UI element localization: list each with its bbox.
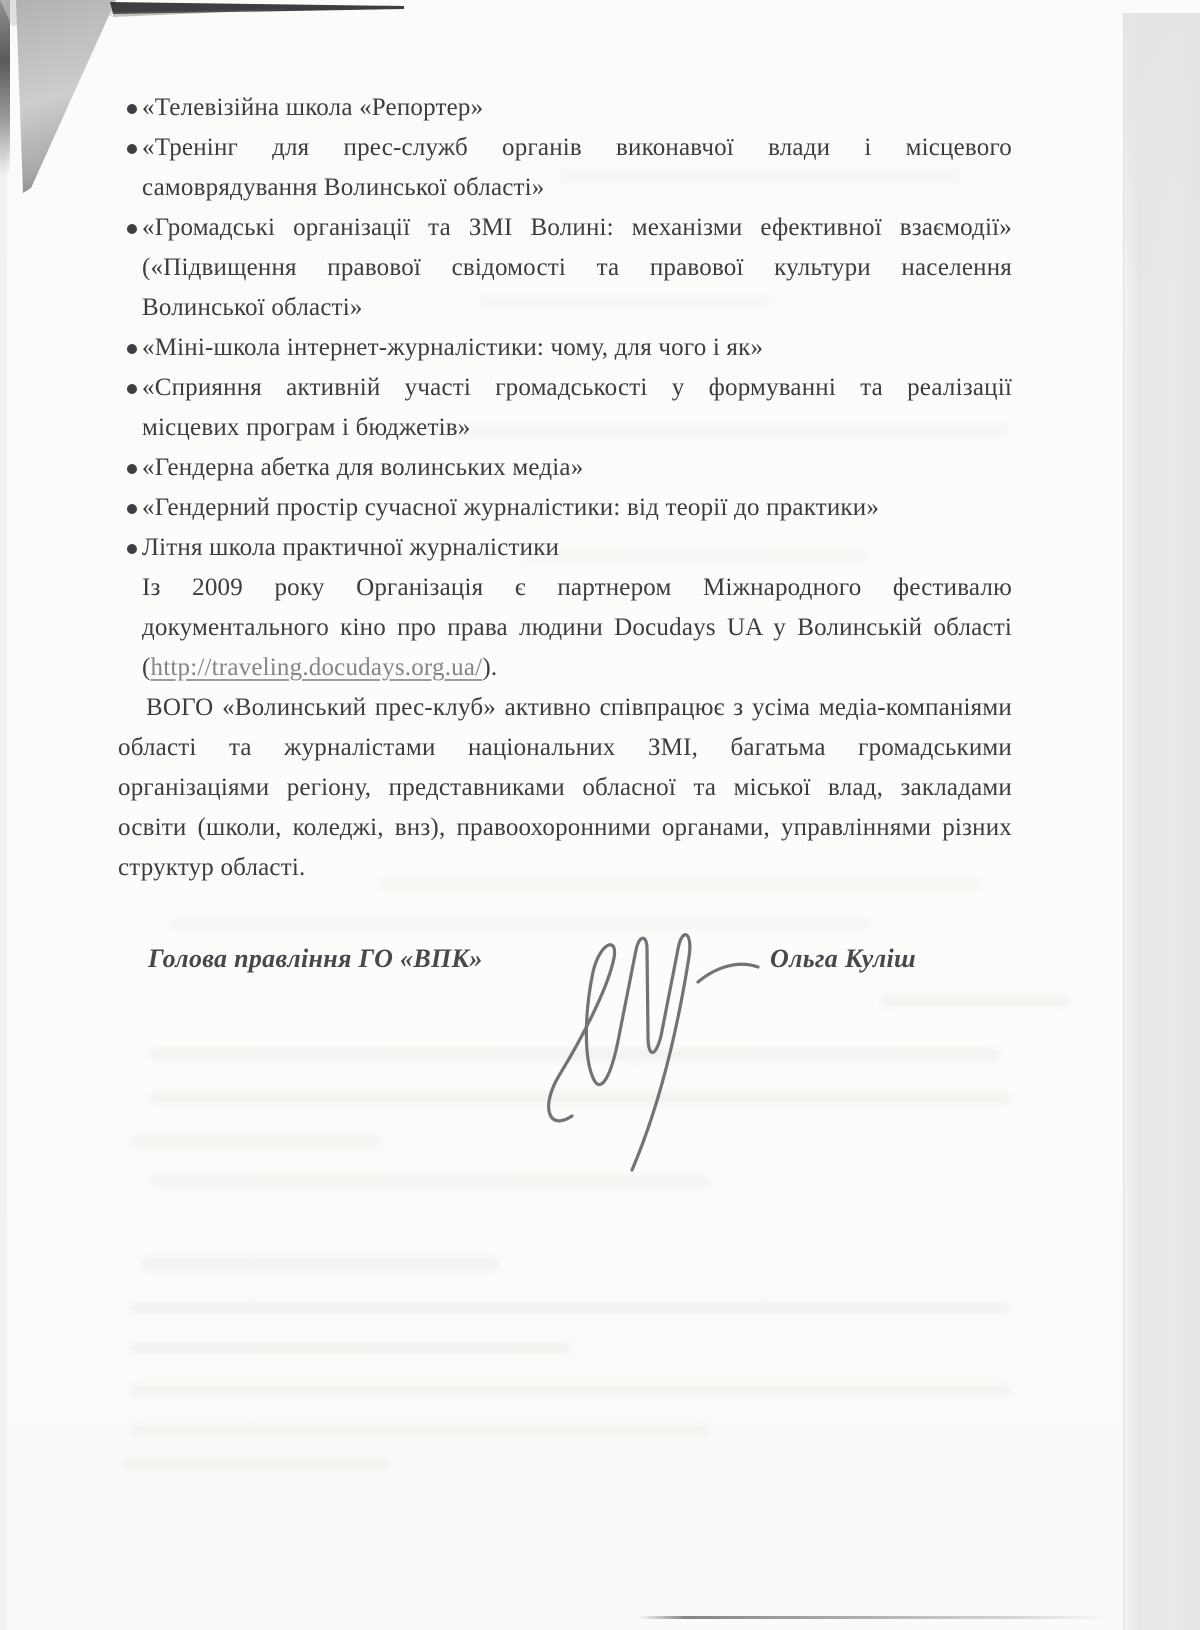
list-item: «Сприяння активній участі громадськості … [118, 368, 1012, 408]
bullet-icon [127, 344, 137, 354]
paragraph-line: Із 2009 року Організація є партнером Між… [118, 568, 1012, 608]
bullet-icon [127, 144, 137, 154]
scan-smudge-line [638, 1616, 1110, 1619]
paragraph-text: освіти (школи, коледжі, внз), правоохоро… [118, 808, 1012, 848]
link-line: (http://traveling.docudays.org.ua/). [118, 648, 1012, 688]
bullet-icon [127, 384, 137, 394]
handwritten-signature [520, 918, 780, 1180]
list-item: Літня школа практичної журналістики [118, 528, 1012, 568]
list-item: «Гендерний простір сучасної журналістики… [118, 488, 1012, 528]
bleedthrough-line [140, 1258, 500, 1270]
paragraph-text: документального кіно про права людини Do… [142, 608, 1012, 648]
bleedthrough-line [130, 1302, 1010, 1314]
bleedthrough-line [130, 1385, 1010, 1397]
document-url: http://traveling.docudays.org.ua/ [151, 654, 483, 681]
list-item-text: «Сприяння активній участі громадськості … [142, 368, 1012, 408]
bullet-icon [127, 544, 137, 554]
bleedthrough-line [130, 1135, 380, 1147]
list-item-text: Літня школа практичної журналістики [142, 528, 1012, 568]
bullet-icon [127, 504, 137, 514]
list-item-continuation: самоврядування Волинської області» [118, 168, 1012, 208]
list-item-text: «Громадські організації та ЗМІ Волині: м… [142, 208, 1012, 248]
list-item-continuation: («Підвищення правової свідомості та прав… [118, 248, 1012, 288]
list-item-text: «Міні-школа інтернет-журналістики: чому,… [142, 328, 1012, 368]
list-item-text: Волинської області» [142, 288, 1012, 328]
paragraph-line: структур області. [118, 848, 1012, 888]
list-item-text: «Гендерна абетка для волинських медіа» [142, 448, 1012, 488]
list-item-text: самоврядування Волинської області» [142, 168, 1012, 208]
paragraph-text: Із 2009 року Організація є партнером Між… [142, 568, 1012, 608]
bleedthrough-line [120, 1458, 390, 1470]
list-item-text: («Підвищення правової свідомості та прав… [142, 248, 1012, 288]
paragraph-text: організаціями регіону, представниками об… [118, 768, 1012, 808]
list-item-text: «Телевізійна школа «Репортер» [142, 88, 1012, 128]
bleedthrough-line [130, 1425, 710, 1437]
bleedthrough-line [880, 995, 1070, 1007]
paragraph-line: освіти (школи, коледжі, внз), правоохоро… [118, 808, 1012, 848]
signature-name: Ольга Куліш [770, 944, 916, 974]
paragraph-text: структур області. [118, 848, 1012, 888]
list-item-text: місцевих програм і бюджетів» [142, 408, 1012, 448]
paragraph-line: документального кіно про права людини Do… [118, 608, 1012, 648]
bullet-icon [127, 224, 137, 234]
list-item: «Телевізійна школа «Репортер» [118, 88, 1012, 128]
paragraph-line: області та журналістами національних ЗМІ… [118, 728, 1012, 768]
signature-role-label: Голова правління ГО «ВПК» [148, 944, 483, 974]
paragraph-line: ВОГО «Волинський прес-клуб» активно спів… [118, 688, 1012, 728]
scanner-edge-band-shade [1123, 13, 1200, 293]
list-item-text: «Гендерний простір сучасної журналістики… [142, 488, 1012, 528]
link-line-text: (http://traveling.docudays.org.ua/). [142, 648, 1012, 688]
list-item: «Громадські організації та ЗМІ Волині: м… [118, 208, 1012, 248]
bleedthrough-line [130, 1342, 570, 1354]
paragraph-text: ВОГО «Волинський прес-клуб» активно спів… [118, 688, 1012, 728]
list-item-continuation: Волинської області» [118, 288, 1012, 328]
scanned-page: «Телевізійна школа «Репортер» «Тренінг д… [0, 0, 1200, 1630]
link-prefix: ( [142, 654, 151, 681]
document-body: «Телевізійна школа «Репортер» «Тренінг д… [118, 88, 1012, 888]
list-item-continuation: місцевих програм і бюджетів» [118, 408, 1012, 448]
list-item: «Тренінг для прес-служб органів виконавч… [118, 128, 1012, 168]
link-suffix: ). [482, 654, 497, 681]
bullet-icon [127, 464, 137, 474]
bullet-icon [127, 104, 137, 114]
list-item: «Гендерна абетка для волинських медіа» [118, 448, 1012, 488]
page-left-edge [0, 0, 7, 1630]
list-item-text: «Тренінг для прес-служб органів виконавч… [142, 128, 1012, 168]
paragraph-text: області та журналістами національних ЗМІ… [118, 728, 1012, 768]
list-item: «Міні-школа інтернет-журналістики: чому,… [118, 328, 1012, 368]
paragraph-line: організаціями регіону, представниками об… [118, 768, 1012, 808]
